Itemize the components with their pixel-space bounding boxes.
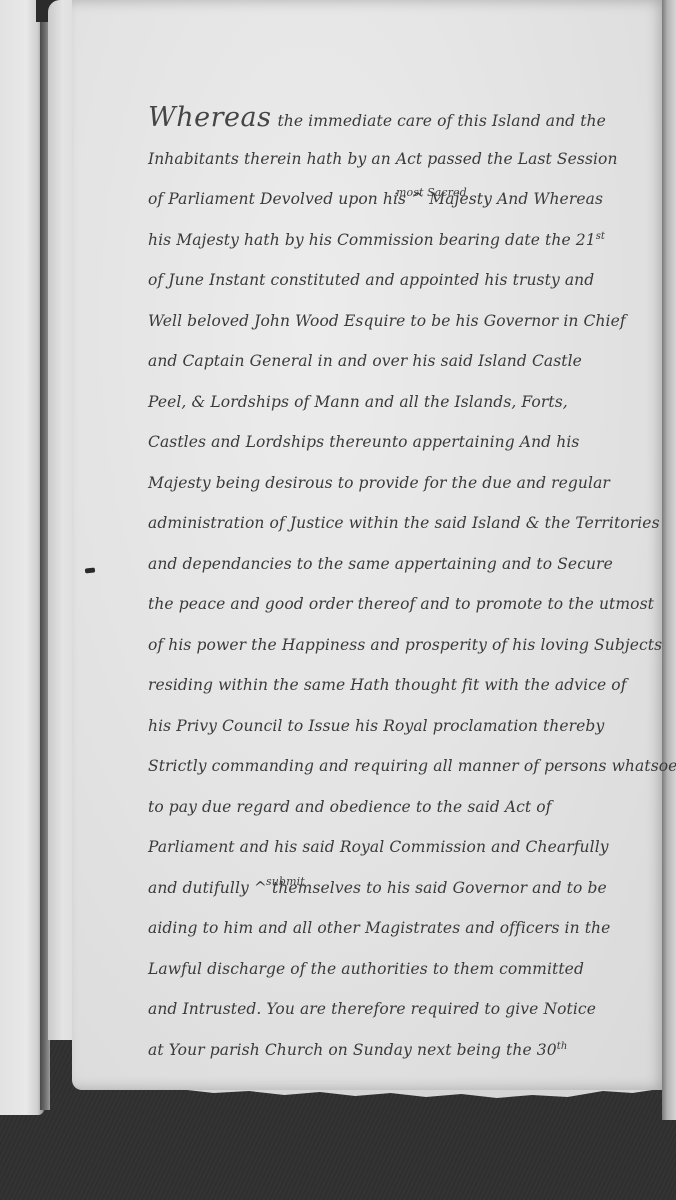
left-facing-page xyxy=(0,0,44,1115)
opening-word: Whereas xyxy=(148,102,271,133)
text-line: to pay due regard and obedience to the s… xyxy=(148,787,668,828)
text-line: and Intrusted. You are therefore require… xyxy=(148,989,668,1030)
text-line: Majesty being desirous to provide for th… xyxy=(148,463,668,504)
text-line: Castles and Lordships thereunto appertai… xyxy=(148,422,668,463)
interlinear-insertion: submit xyxy=(266,862,305,902)
manuscript-photo: Whereasthe immediate care of this Island… xyxy=(0,0,676,1200)
text-line: administration of Justice within the sai… xyxy=(148,503,668,544)
text-line: residing within the same Hath thought fi… xyxy=(148,665,668,706)
text-line: and dependancies to the same appertainin… xyxy=(148,544,668,585)
text-line: at Your parish Church on Sunday next bei… xyxy=(148,1030,668,1071)
text-line: and Captain General in and over his said… xyxy=(148,341,668,382)
text-line: Peel, & Lordships of Mann and all the Is… xyxy=(148,382,668,423)
text-line: aiding to him and all other Magistrates … xyxy=(148,908,668,949)
text-line: of June Instant constituted and appointe… xyxy=(148,260,668,301)
text-line: Whereasthe immediate care of this Island… xyxy=(148,98,668,139)
text-line: of his power the Happiness and prosperit… xyxy=(148,625,668,666)
interlinear-insertion: most Sacred xyxy=(396,173,467,213)
text-line: Well beloved John Wood Esquire to be his… xyxy=(148,301,668,342)
text-line: Parliament and his said Royal Commission… xyxy=(148,827,668,868)
text-line: his Majesty hath by his Commission beari… xyxy=(148,220,668,261)
ink-margin-mark xyxy=(85,567,95,573)
text-line: his Privy Council to Issue his Royal pro… xyxy=(148,706,668,747)
text-line: most Sacred of Parliament Devolved upon … xyxy=(148,179,668,220)
text-line: submit and dutifully ^ themselves to his… xyxy=(148,868,668,909)
text-line: the peace and good order thereof and to … xyxy=(148,584,668,625)
text-line: Lawful discharge of the authorities to t… xyxy=(148,949,668,990)
handwritten-text: Whereasthe immediate care of this Island… xyxy=(148,98,668,1070)
text-line: Strictly commanding and requiring all ma… xyxy=(148,746,668,787)
